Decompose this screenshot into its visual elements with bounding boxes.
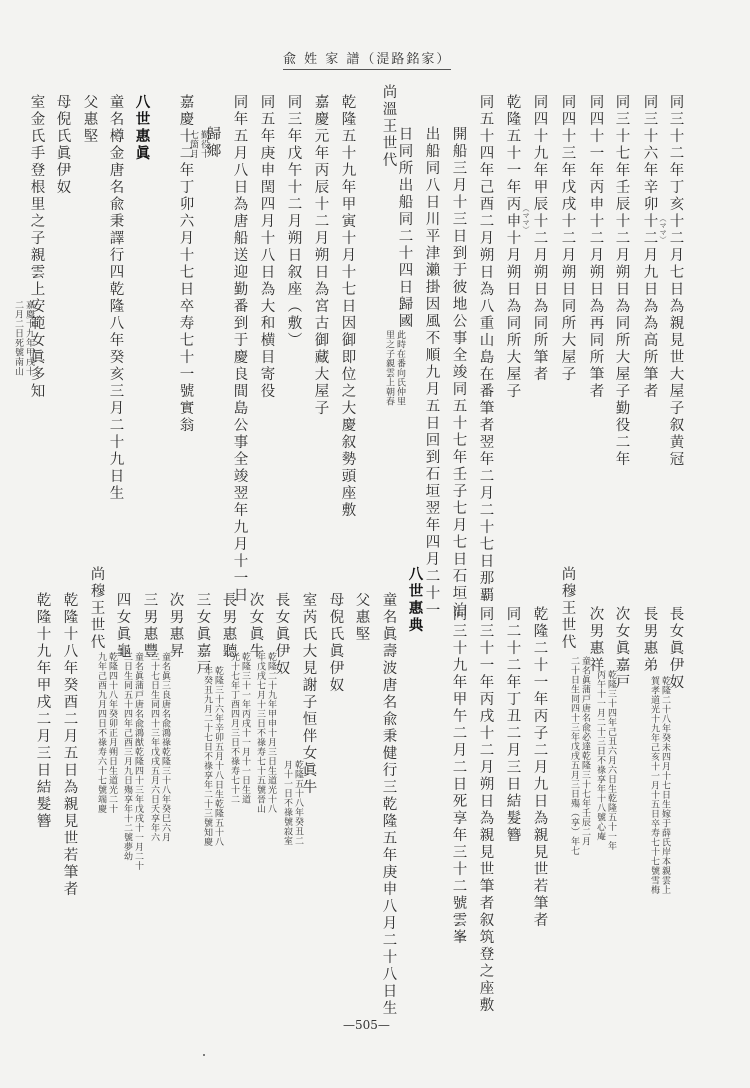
- text-column: 次女眞牛: [248, 592, 263, 660]
- note-line: 乾隆三十四年己丑六月六日生乾隆五十一年: [605, 670, 616, 851]
- interlinear-note: 童名眞蒲戸唐名兪必達乾隆三十七年壬辰二月二十日生同四十三年戊戌五月三日殤（享）年…: [568, 656, 590, 856]
- interlinear-note: 此時在番向氏仲里里之子親雲上朝春: [383, 330, 405, 406]
- text-column: 同三十二年丁亥十二月七日為親見世大屋子叙黄冠: [668, 94, 683, 468]
- text-column: 三女眞嘉戸: [195, 592, 210, 677]
- text-column: 同五年庚申閏四月十八日為大和横目寄役: [259, 94, 274, 400]
- text-column: 乾隆十九年甲戌二月三日結髮簪: [35, 592, 50, 830]
- note-line: 勤役十: [198, 130, 209, 159]
- text-column: 次男惠昇: [168, 592, 183, 660]
- generation-heading: 八世惠典: [407, 566, 422, 634]
- text-column: 尚溫王世代: [381, 84, 396, 169]
- text-column: 同年五月八日為唐船送迎勤番到于慶良間島公事全竣翌年九月十一日: [232, 94, 247, 604]
- interlinear-note: 乾隆五十八年癸丑二月十一日不祿號寂室: [281, 760, 303, 846]
- note-line: 二十七日生同四十三年戊戌五月六日夭享年六: [148, 652, 159, 842]
- note-line: 里之子親雲上朝春: [383, 330, 394, 406]
- text-column: 同二十二年丁丑二月三日結髮簪: [505, 606, 520, 844]
- text-column: 三男惠豐: [142, 592, 157, 660]
- note-line: 嘉慶十九年甲戌十: [23, 300, 34, 376]
- text-column: 次女眞嘉戸: [614, 606, 629, 691]
- interlinear-note: 童名眞蒲戸唐名兪鴻猷乾隆四十三年戊戌十一月二十三日生同五十四年己酉三月九日殤享年…: [121, 652, 143, 871]
- page-header-title: 兪 姓 家 譜（湜路銘家）: [283, 48, 451, 70]
- text-column: 乾隆十八年癸酉二月五日為親見世若筆者: [62, 592, 77, 898]
- text-column: 同三十九年甲午二月二日死享年三十二號雲峯: [451, 606, 466, 946]
- text-column: 父惠堅: [82, 94, 97, 145]
- text-column: 同三十一年丙戌十二月朔日為親見世筆者叙筑登之座敷: [478, 606, 493, 1014]
- text-column: 乾隆五十一年丙申十月朔日為同所大屋子: [505, 94, 520, 400]
- text-column: 母倪氏眞伊奴: [55, 94, 70, 196]
- interlinear-note: 童名眞三良唐名兪鴻祿乾隆三十八年癸巳六月二十七日生同四十三年戊戌五月六日夭享年六: [148, 652, 170, 842]
- note-line: 九年己酉九月四日不祿寿六十七號端慶: [95, 652, 106, 814]
- note-line: 二月二日死號南山: [12, 300, 23, 376]
- note-line: 乾隆三十一年丙戌十一月十一日生道: [239, 652, 250, 804]
- text-column: 日同所出船同二十四日歸國: [397, 126, 412, 330]
- text-column: 長女眞伊奴: [274, 592, 289, 677]
- interlinear-note: 嘉慶十九年甲戌十二月二日死號南山: [12, 300, 34, 376]
- interlinear-note: 勤役十七箇月: [187, 130, 209, 159]
- note-line: 賀孝道光十九年己亥十一月十五日卒寿七十七號雪梅: [648, 676, 659, 895]
- note-line: 乾隆二十八年癸未四月十七日生嫁于薛氏岸本親雲上: [659, 676, 670, 895]
- sic-annotation: （ママ）: [658, 215, 668, 243]
- text-column: 尚穆王世代: [560, 566, 575, 651]
- text-column: 母倪氏眞伊奴: [328, 592, 343, 694]
- sic-annotation: （ママ）: [521, 205, 531, 233]
- note-line: 七箇月: [187, 130, 198, 159]
- text-column: 室芮氏大見謝子恒伴女眞牛: [301, 592, 316, 796]
- note-line: 乾隆五十八年癸丑二: [292, 760, 303, 846]
- page-number: —505—: [343, 1018, 390, 1032]
- text-column: 嘉慶元年丙辰十二月朔日為宮古御藏大屋子: [313, 94, 328, 417]
- text-column: 同五十四年己酉二月朔日為八重山島在番筆者翌年二月二十七日那覇: [478, 94, 493, 604]
- note-line: 童名眞蒲戸唐名兪必達乾隆三十七年壬辰二月: [579, 656, 590, 856]
- note-line: 此時在番向氏仲里: [394, 330, 405, 406]
- text-column: 同三十七年壬辰十二月朔日為同所大屋子勤役二年: [614, 94, 629, 468]
- interlinear-note: 乾隆三十四年己丑六月六日生乾隆五十一年丙午十一月二十三日不祿享年十八號心庵: [594, 670, 616, 851]
- text-column: 同四十一年丙申十二月朔日為再同所筆者: [588, 94, 603, 400]
- note-line: 乾隆二十九年甲申十月三日生道光十八: [265, 652, 276, 814]
- text-column: 同三年戊午十二月朔日叙座（敷）: [286, 94, 301, 349]
- interlinear-note: 乾隆二十九年甲申十月三日生道光十八年戊戌七月十三日不祿寿七十五號晉山: [254, 652, 276, 814]
- interlinear-note: 乾隆三十六年辛卯五月十八日生乾隆五十八年癸丑九月二十七日不祿享年二十三號知慶: [201, 666, 223, 847]
- note-line: 年戊戌七月十三日不祿寿七十五號晉山: [254, 652, 265, 814]
- text-column: 童名眞壽波唐名兪秉健行三乾隆五年庚申八月二十八日生: [381, 592, 396, 1017]
- note-line: 二十日生同四十三年戊戌五月三日殤（享）年七: [568, 656, 579, 856]
- text-column: 同四十九年甲辰十二月朔日為同所筆者: [532, 94, 547, 383]
- note-line: 乾隆三十六年辛卯五月十八日生乾隆五十八: [212, 666, 223, 847]
- note-line: 三日生同五十四年己酉三月九日殤享年十二號夢幼: [121, 652, 132, 871]
- note-line: 丙午十一月二十三日不祿享年十八號心庵: [594, 670, 605, 851]
- text-column: 四女眞龜: [115, 592, 130, 660]
- text-column: 長男惠聽: [221, 592, 236, 660]
- note-line: 童名眞蒲戸唐名兪鴻猷乾隆四十三年戊戌十一月二十: [132, 652, 143, 871]
- text-column: 尚穆王世代: [89, 566, 104, 651]
- note-line: 童名眞三良唐名兪鴻祿乾隆三十八年癸巳六月: [159, 652, 170, 842]
- text-column: 乾隆二十一年丙子二月九日為親見世若筆者: [532, 606, 547, 929]
- text-column: 出船同八日川平津瀨掛因風不順九月五日回到石垣翌年四月二十一: [424, 126, 439, 619]
- text-column: 同三十六年辛卯十二月九日為為高所筆者: [642, 94, 657, 400]
- text-column: 次男惠祥: [588, 606, 603, 674]
- note-line: 年癸丑九月二十七日不祿享年二十三號知慶: [201, 666, 212, 847]
- interlinear-note: 乾隆四十八年癸卯正月朔日生道光二十九年己酉九月四日不祿寿六十七號端慶: [95, 652, 117, 814]
- text-column: 開船三月十三日到于彼地公事全竣同五十七年壬子七月七日石垣泊: [451, 126, 466, 619]
- text-column: 同四十三年戊戌十二月朔日同所大屋子: [560, 94, 575, 383]
- note-line: 乾隆四十八年癸卯正月朔日生道光二十: [106, 652, 117, 814]
- generation-heading: 八世惠眞: [134, 94, 149, 162]
- print-speck: [203, 1054, 205, 1056]
- interlinear-note: 乾隆三十一年丙戌十一月十一日生道光十七年丁酉四月三日不祿寿七十二: [228, 652, 250, 804]
- note-line: 月十一日不祿號寂室: [281, 760, 292, 846]
- note-line: 光十七年丁酉四月三日不祿寿七十二: [228, 652, 239, 804]
- text-column: 乾隆五十九年甲寅十月十七日因御即位之大慶叙勢頭座敷: [340, 94, 355, 519]
- text-column: 長男惠弟: [642, 606, 657, 674]
- interlinear-note: 乾隆二十八年癸未四月十七日生嫁于薛氏岸本親雲上賀孝道光十九年己亥十一月十五日卒寿…: [648, 676, 670, 895]
- text-column: 童名樽金唐名兪秉譯行四乾隆八年癸亥三月二十九日生: [108, 94, 123, 502]
- text-column: 父惠堅: [354, 592, 369, 643]
- text-column: 長女眞伊奴: [668, 606, 683, 691]
